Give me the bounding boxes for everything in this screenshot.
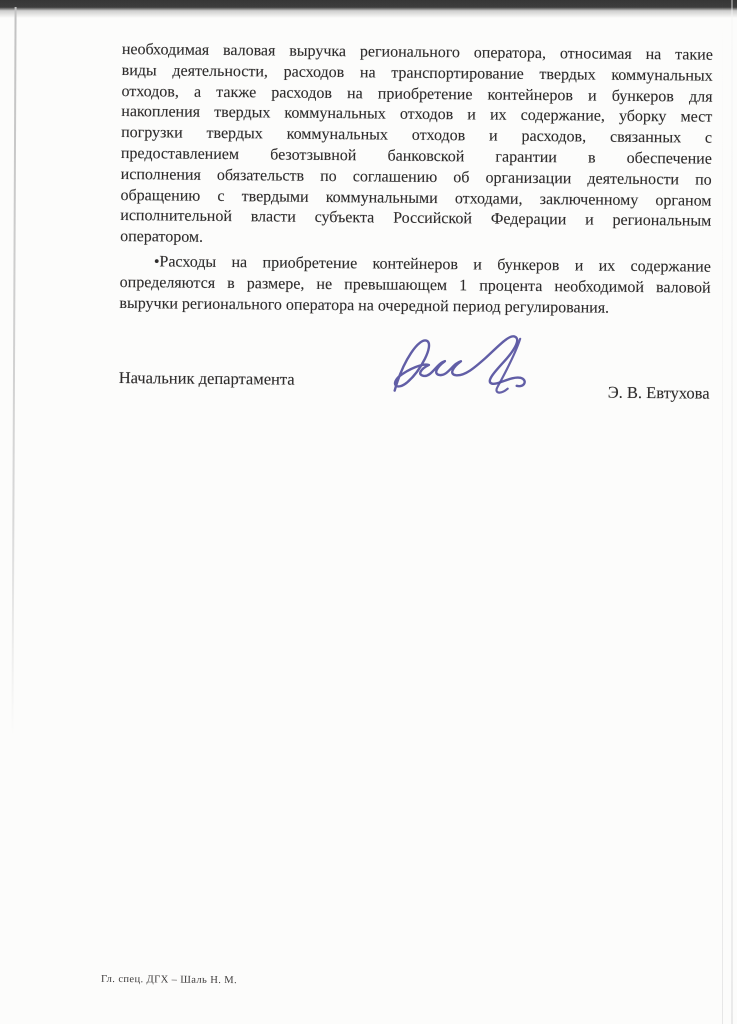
bullet-paragraph: •Расходы на приобретение контейнеров и б… [119, 252, 711, 320]
body-paragraph: необходимая валовая выручка региональног… [120, 40, 713, 254]
signature-stroke [395, 336, 525, 393]
footer-note: Гл. спец. ДГХ – Шаль Н. М. [101, 970, 237, 992]
scan-right-edge-line [731, 0, 733, 1024]
signature-image [371, 327, 544, 407]
document-page: необходимая валовая выручка региональног… [113, 40, 713, 1016]
signoff-position: Начальник департамента [119, 368, 295, 390]
signoff-name: Э. В. Евтухова [608, 383, 710, 405]
scan-top-bar [0, 0, 737, 18]
scan-right-edge-line [722, 0, 723, 1024]
signoff-row: Начальник департамента Э. В. Евтухова [118, 368, 710, 438]
scan-left-edge-line [11, 7, 16, 737]
